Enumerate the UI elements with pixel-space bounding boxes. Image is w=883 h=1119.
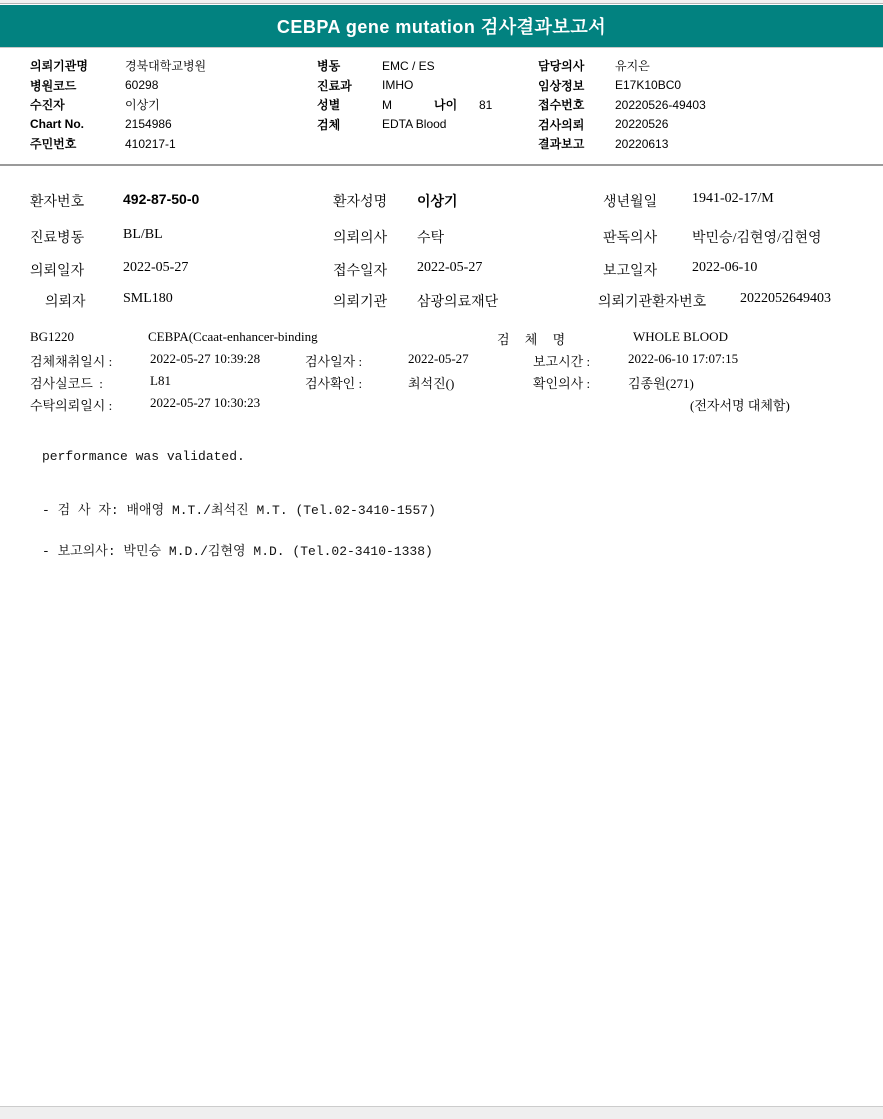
chart-no-value: 2154986	[125, 117, 172, 131]
referral-date-value: 2022-05-27	[123, 260, 188, 276]
attending-doctor-label: 담당의사	[538, 57, 615, 74]
department-label: 진료과	[317, 77, 382, 94]
chart-no-label: Chart No.	[30, 117, 125, 131]
esign-note: (전자서명 대체함)	[690, 395, 790, 414]
specimen-type-value: EDTA Blood	[382, 117, 446, 131]
window-bottom-bar	[0, 1106, 883, 1119]
info-column-left: 의뢰기관명 경북대학교병원 병원코드 60298 수진자 이상기 Chart N…	[30, 56, 310, 154]
report-title-bar: CEBPA gene mutation 검사결과보고서	[0, 5, 883, 48]
report-date-label: 보고일자	[603, 260, 657, 280]
patient-name-label: 환자성명	[333, 191, 387, 211]
patient-no-value: 492-87-50-0	[123, 191, 199, 207]
referral-org-label: 의뢰기관	[333, 291, 387, 311]
test-name: CEBPA(Ccaat-enhancer-binding	[148, 329, 318, 345]
validation-note: performance was validated.	[42, 449, 245, 464]
department-value: IMHO	[382, 78, 413, 92]
reporting-doctor-note: - 보고의사: 박민승 M.D./김현영 M.D. (Tel.02-3410-1…	[42, 545, 436, 559]
age-value: 81	[479, 98, 492, 112]
test-date-label: 검사일자 :	[305, 351, 362, 370]
info-row-request-date: 검사의뢰 20220526	[538, 115, 838, 135]
test-line-labcode: 검사실코드 : L81 검사확인 : 최석진() 확인의사 : 김종원(271)	[0, 373, 883, 391]
referring-doctor-label: 의뢰의사	[333, 227, 387, 247]
hospital-code-label: 병원코드	[30, 77, 125, 94]
info-row-sex-age: 성별 M 나이 81	[317, 95, 532, 115]
info-column-right: 담당의사 유지은 임상정보 E17K10BC0 접수번호 20220526-49…	[538, 56, 838, 154]
sex-label: 성별	[317, 96, 382, 113]
requester-value: SML180	[123, 291, 173, 307]
lab-code-value: L81	[150, 373, 171, 389]
ward-value: EMC / ES	[382, 59, 435, 73]
examinee-label: 수진자	[30, 96, 125, 113]
report-time-label: 보고시간 :	[533, 351, 590, 370]
info-row-accession-no: 접수번호 20220526-49403	[538, 95, 838, 115]
test-confirm-value: 최석진()	[408, 373, 454, 392]
institution-value: 경북대학교병원	[125, 57, 206, 74]
care-ward-label: 진료병동	[30, 227, 84, 247]
examinee-value: 이상기	[125, 96, 160, 113]
info-row-hospital-code: 병원코드 60298	[30, 76, 310, 96]
org-patient-no-value: 2022052649403	[740, 291, 840, 306]
sex-value: M	[382, 98, 392, 112]
test-confirm-label: 검사확인 :	[305, 373, 362, 392]
org-patient-no-label: 의뢰기관환자번호	[598, 291, 706, 311]
report-date-value: 2022-06-10	[692, 260, 757, 276]
info-column-middle: 병동 EMC / ES 진료과 IMHO 성별 M 나이 81 검체 EDTA …	[317, 56, 532, 134]
info-row-result-report-date: 결과보고 20220613	[538, 134, 838, 154]
info-row-examinee: 수진자 이상기	[30, 95, 310, 115]
reading-doctor-value: 박민승/김현영/김현영	[692, 227, 822, 247]
confirm-doctor-label: 확인의사 :	[533, 373, 590, 392]
patient-row-4: 의뢰자 SML180 의뢰기관 삼광의료재단 의뢰기관환자번호 20220526…	[0, 291, 883, 311]
specimen-name-label: 검 체 명	[497, 329, 571, 348]
birthdate-value: 1941-02-17/M	[692, 191, 774, 207]
requester-label: 의뢰자	[45, 291, 86, 311]
patient-row-2: 진료병동 BL/BL 의뢰의사 수탁 판독의사 박민승/김현영/김현영	[0, 227, 883, 247]
info-row-resident-no: 주민번호 410217-1	[30, 134, 310, 154]
request-date-value: 20220526	[615, 117, 668, 131]
test-date-value: 2022-05-27	[408, 351, 469, 367]
birthdate-label: 생년월일	[603, 191, 657, 211]
care-ward-value: BL/BL	[123, 227, 163, 243]
section-divider	[0, 164, 883, 166]
specimen-name-value: WHOLE BLOOD	[633, 329, 728, 345]
receipt-date-label: 접수일자	[333, 260, 387, 280]
test-line-title: BG1220 CEBPA(Ccaat-enhancer-binding 검 체 …	[0, 329, 883, 347]
accession-no-value: 20220526-49403	[615, 98, 706, 112]
attending-doctor-value: 유지은	[615, 57, 650, 74]
patient-row-1: 환자번호 492-87-50-0 환자성명 이상기 생년월일 1941-02-1…	[0, 191, 883, 211]
test-line-collect: 검체채취일시 : 2022-05-27 10:39:28 검사일자 : 2022…	[0, 351, 883, 369]
report-time-value: 2022-06-10 17:07:15	[628, 351, 738, 367]
info-row-chart-no: Chart No. 2154986	[30, 115, 310, 135]
patient-row-3: 의뢰일자 2022-05-27 접수일자 2022-05-27 보고일자 202…	[0, 260, 883, 280]
clinical-info-value: E17K10BC0	[615, 78, 681, 92]
receipt-date-value: 2022-05-27	[417, 260, 482, 276]
info-row-department: 진료과 IMHO	[317, 76, 532, 96]
staff-notes: - 검 사 자: 배애영 M.T./최석진 M.T. (Tel.02-3410-…	[42, 477, 436, 585]
test-line-request: 수탁의뢰일시 : 2022-05-27 10:30:23 (전자서명 대체함)	[0, 395, 883, 413]
info-row-ward: 병동 EMC / ES	[317, 56, 532, 76]
info-row-specimen-type: 검체 EDTA Blood	[317, 115, 532, 135]
resident-no-value: 410217-1	[125, 137, 176, 151]
specimen-type-label: 검체	[317, 116, 382, 133]
lab-code-label: 검사실코드 :	[30, 373, 103, 392]
info-row-institution: 의뢰기관명 경북대학교병원	[30, 56, 310, 76]
report-title: CEBPA gene mutation 검사결과보고서	[277, 13, 606, 39]
collect-datetime-value: 2022-05-27 10:39:28	[150, 351, 260, 367]
institution-label: 의뢰기관명	[30, 57, 125, 74]
consign-request-value: 2022-05-27 10:30:23	[150, 395, 260, 411]
accession-no-label: 접수번호	[538, 96, 615, 113]
resident-no-label: 주민번호	[30, 135, 125, 152]
referral-date-label: 의뢰일자	[30, 260, 84, 280]
test-code: BG1220	[30, 329, 74, 345]
result-report-date-label: 결과보고	[538, 135, 615, 152]
clinical-info-label: 임상정보	[538, 77, 615, 94]
hospital-code-value: 60298	[125, 78, 158, 92]
consign-request-label: 수탁의뢰일시 :	[30, 395, 112, 414]
reading-doctor-label: 판독의사	[603, 227, 657, 247]
report-page: CEBPA gene mutation 검사결과보고서 의뢰기관명 경북대학교병…	[0, 0, 883, 1119]
info-row-clinical-info: 임상정보 E17K10BC0	[538, 76, 838, 96]
patient-no-label: 환자번호	[30, 191, 84, 211]
window-top-strip	[0, 0, 883, 4]
patient-name-value: 이상기	[417, 191, 458, 211]
info-row-attending-doctor: 담당의사 유지은	[538, 56, 838, 76]
result-report-date-value: 20220613	[615, 137, 668, 151]
collect-datetime-label: 검체채취일시 :	[30, 351, 112, 370]
age-label: 나이	[434, 96, 479, 113]
confirm-doctor-value: 김종원(271)	[628, 373, 694, 392]
referral-org-value: 삼광의료재단	[417, 291, 498, 311]
tester-note: - 검 사 자: 배애영 M.T./최석진 M.T. (Tel.02-3410-…	[42, 504, 436, 518]
request-date-label: 검사의뢰	[538, 116, 615, 133]
ward-label: 병동	[317, 57, 382, 74]
referring-doctor-value: 수탁	[417, 227, 444, 247]
